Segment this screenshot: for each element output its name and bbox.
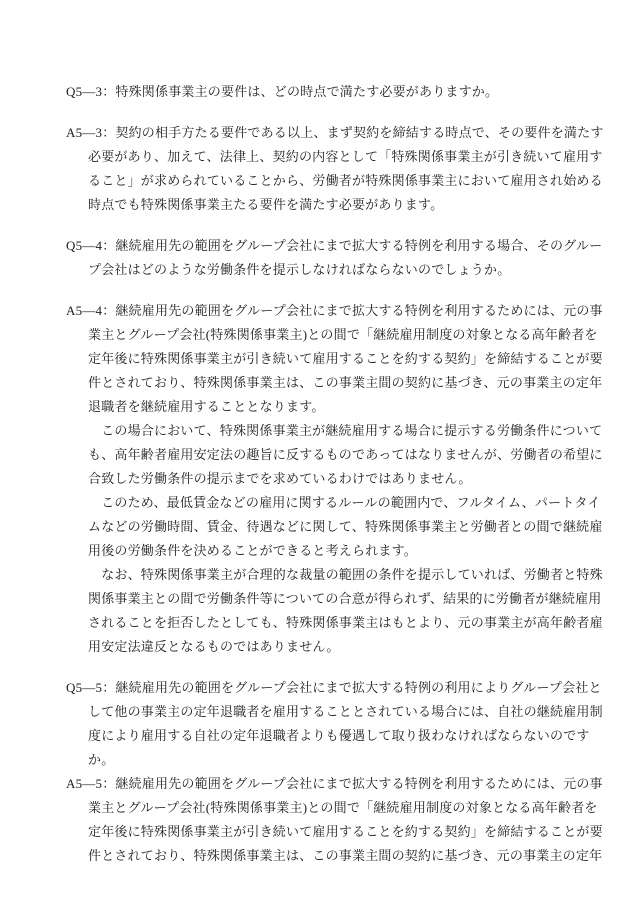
qa-label-line: A5―4：継続雇用先の範囲をグループ会社にまで拡大する特例を利用するためには、元… [66,299,568,323]
text-line: この場合において、特殊関係事業主が継続雇用する場合に提示する労働条件について [66,419,568,443]
text-line: 定年後に特殊関係事業主が引き続いて雇用することを約する契約」を締結することが要 [66,347,568,371]
document-page: Q5―3：特殊関係事業主の要件は、どの時点で満たす必要がありますか。A5―3：契… [0,0,630,916]
text-line: も、高年齢者雇用安定法の趣旨に反するものであってはなりませんが、労働者の希望に [66,443,568,467]
text-line: 定年後に特殊関係事業主が引き続いて雇用することを約する契約」を締結することが要 [66,820,568,844]
text-line: 業主とグループ会社(特殊関係事業主)との間で「継続雇用制度の対象となる高年齢者を [66,323,568,347]
text-line: このため、最低賃金などの雇用に関するルールの範囲内で、フルタイム、パートタイ [66,491,568,515]
text-line: 必要があり、加えて、法律上、契約の内容として「特殊関係事業主が引き続いて雇用す [66,145,568,169]
text-line: 合致した労働条件の提示までを求めているわけではありません。 [66,467,568,491]
qa-block-A5-5: A5―5：継続雇用先の範囲をグループ会社にまで拡大する特例を利用するためには、元… [66,772,568,868]
document-body: Q5―3：特殊関係事業主の要件は、どの時点で満たす必要がありますか。A5―3：契… [0,0,630,868]
text-line: 用安定法違反となるものではありません。 [66,635,568,659]
text-line: 度により雇用する自社の定年退職者よりも優遇して取り扱わなければならないのです [66,724,568,748]
text-line: されることを拒否したとしても、特殊関係事業主はもとより、元の事業主が高年齢者雇 [66,611,568,635]
qa-label-line: Q5―3：特殊関係事業主の要件は、どの時点で満たす必要がありますか。 [66,80,568,104]
qa-block-Q5-4: Q5―4：継続雇用先の範囲をグループ会社にまで拡大する特例を利用する場合、そのグ… [66,234,568,282]
qa-block-A5-4: A5―4：継続雇用先の範囲をグループ会社にまで拡大する特例を利用するためには、元… [66,299,568,659]
text-line: なお、特殊関係事業主が合理的な裁量の範囲の条件を提示していれば、労働者と特殊 [66,563,568,587]
text-line: ること」が求められていることから、労働者が特殊関係事業主において雇用され始める [66,169,568,193]
text-line: して他の事業主の定年退職者を雇用することとされている場合には、自社の継続雇用制 [66,700,568,724]
qa-block-Q5-3: Q5―3：特殊関係事業主の要件は、どの時点で満たす必要がありますか。 [66,80,568,104]
qa-block-A5-3: A5―3：契約の相手方たる要件である以上、まず契約を締結する時点で、その要件を満… [66,121,568,217]
text-line: ムなどの労働時間、賃金、待遇などに関して、特殊関係事業主と労働者との間で継続雇 [66,515,568,539]
text-line: プ会社はどのような労働条件を提示しなければならないのでしょうか。 [66,258,568,282]
qa-block-Q5-5: Q5―5：継続雇用先の範囲をグループ会社にまで拡大する特例の利用によりグループ会… [66,676,568,772]
text-line: 関係事業主との間で労働条件等についての合意が得られず、結果的に労働者が継続雇用 [66,587,568,611]
text-line: か。 [66,748,568,772]
text-line: 件とされており、特殊関係事業主は、この事業主間の契約に基づき、元の事業主の定年 [66,371,568,395]
text-line: 退職者を継続雇用することとなります。 [66,395,568,419]
qa-label-line: Q5―4：継続雇用先の範囲をグループ会社にまで拡大する特例を利用する場合、そのグ… [66,234,568,258]
qa-label-line: A5―5：継続雇用先の範囲をグループ会社にまで拡大する特例を利用するためには、元… [66,772,568,796]
text-line: 用後の労働条件を決めることができると考えられます。 [66,539,568,563]
qa-label-line: Q5―5：継続雇用先の範囲をグループ会社にまで拡大する特例の利用によりグループ会… [66,676,568,700]
text-line: 業主とグループ会社(特殊関係事業主)との間で「継続雇用制度の対象となる高年齢者を [66,796,568,820]
qa-label-line: A5―3：契約の相手方たる要件である以上、まず契約を締結する時点で、その要件を満… [66,121,568,145]
text-line: 時点でも特殊関係事業主たる要件を満たす必要があります。 [66,193,568,217]
text-line: 件とされており、特殊関係事業主は、この事業主間の契約に基づき、元の事業主の定年 [66,844,568,868]
